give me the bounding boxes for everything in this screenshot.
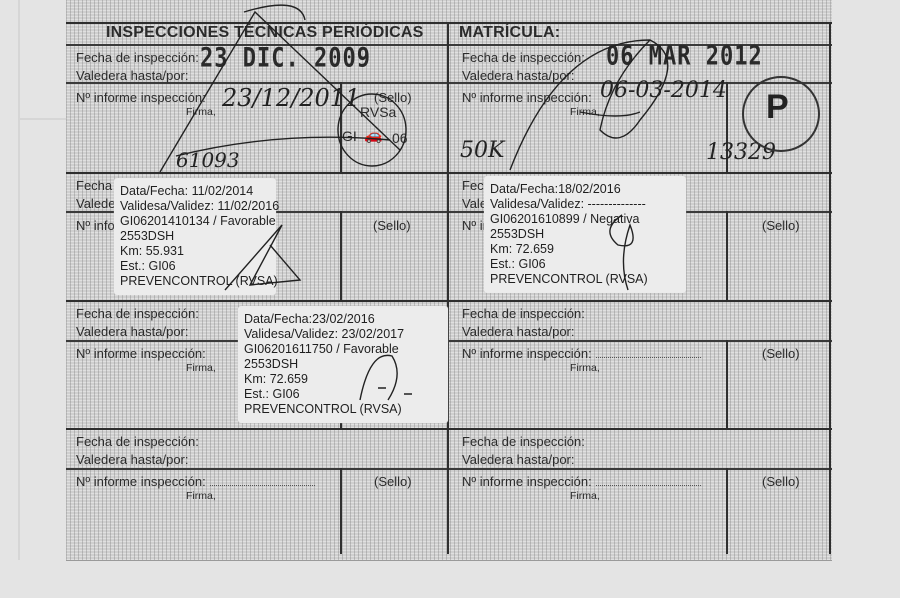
inspection-date-label: Fecha de inspección:: [76, 306, 199, 321]
sticker-date: Data/Fecha: 11/02/2014: [120, 184, 270, 199]
signature-label: Firma,: [186, 362, 216, 374]
itv-logo-icon: P: [766, 88, 789, 127]
seal-divider: [340, 211, 342, 300]
sticker-company: PREVENCONTROL (RVSA): [490, 272, 680, 287]
dotted-field: [596, 357, 701, 358]
date-stamp: 23 DIC. 2009: [200, 44, 371, 74]
seal-text: 06: [392, 130, 408, 146]
seal-stamp: P: [742, 76, 820, 152]
seal-divider: [340, 468, 342, 554]
seal-divider: [726, 468, 728, 554]
report-number-text: Nº informe inspección:: [462, 346, 592, 361]
seal-label: (Sello): [762, 218, 800, 233]
sticker-station: Est.: GI06: [490, 257, 680, 272]
sticker-plate: 2553DSH: [490, 227, 680, 242]
report-number-label: Nº informe inspección:: [76, 90, 206, 105]
inspection-date-label: Fecha de inspección:: [462, 434, 585, 449]
sticker-date: Data/Fecha:23/02/2016: [244, 312, 442, 327]
registration-label: MATRÍCULA:: [459, 24, 560, 42]
inspection-sticker: Data/Fecha:23/02/2016 Validesa/Validez: …: [238, 306, 448, 423]
sticker-validity: Validesa/Validez: --------------: [490, 197, 680, 212]
handwritten-valid-date: 06-03-2014: [600, 78, 727, 103]
dotted-field: [596, 485, 701, 486]
grid-line: [66, 428, 832, 430]
seal-text: RVSa: [360, 104, 396, 120]
grid-line: [66, 468, 832, 470]
report-number-label: Nº informe inspección:: [462, 474, 701, 489]
signature-label: Firma,: [186, 106, 216, 118]
sticker-company: PREVENCONTROL (RVSA): [244, 402, 442, 417]
report-number-label: Nº informe inspección:: [76, 346, 206, 361]
report-number-label: Nº informe inspección:: [76, 474, 315, 489]
section-title: INSPECCIONES TÉCNICAS PERIÓDICAS: [106, 24, 424, 42]
inspection-date-label: Fecha de inspección:: [462, 306, 585, 321]
valid-until-label: Valedera hasta/por:: [76, 68, 189, 83]
grid-line: [66, 340, 832, 342]
handwritten-mileage: 50K: [460, 138, 504, 163]
seal-label: (Sello): [374, 474, 412, 489]
sticker-company: PREVENCONTROL (RVSA): [120, 274, 270, 289]
grid-line: [66, 300, 832, 302]
signature-label: Firma,: [186, 490, 216, 502]
inspection-sticker: Data/Fecha: 11/02/2014 Validesa/Validez:…: [114, 178, 276, 295]
report-number-label: Nº informe inspección:: [462, 346, 701, 361]
valid-until-label: Valedera hasta/por:: [76, 324, 189, 339]
grid-line: [66, 172, 832, 174]
right-border: [829, 22, 831, 554]
sticker-date: Data/Fecha:18/02/2016: [490, 182, 680, 197]
background-line: [20, 118, 66, 120]
seal-label: (Sello): [373, 218, 411, 233]
handwritten-number: 61093: [176, 148, 240, 172]
signature-label: Firma,: [570, 106, 600, 118]
valid-until-label: Valedera hasta/por:: [76, 452, 189, 467]
sticker-report: GI06201610899 / Negativa: [490, 212, 680, 227]
valid-until-label: Valedera hasta/por:: [462, 68, 575, 83]
sticker-validity: Validesa/Validez: 23/02/2017: [244, 327, 442, 342]
seal-label: (Sello): [374, 90, 412, 105]
seal-divider: [726, 340, 728, 428]
seal-label: (Sello): [762, 474, 800, 489]
sticker-km: Km: 55.931: [120, 244, 270, 259]
column-divider: [447, 22, 449, 554]
seal-text: GI: [342, 128, 357, 144]
signature-label: Firma,: [570, 490, 600, 502]
sticker-station: Est.: GI06: [120, 259, 270, 274]
dotted-field: [210, 485, 315, 486]
sticker-km: Km: 72.659: [490, 242, 680, 257]
seal-divider: [726, 211, 728, 300]
inspection-date-label: Fecha de inspección:: [76, 50, 199, 65]
inspection-date-label: Fecha de inspección:: [462, 50, 585, 65]
sticker-plate: 2553DSH: [244, 357, 442, 372]
seal-label: (Sello): [762, 346, 800, 361]
sticker-report: GI06201410134 / Favorable: [120, 214, 270, 229]
sticker-plate: 2553DSH: [120, 229, 270, 244]
inspection-sticker: Data/Fecha:18/02/2016 Validesa/Validez: …: [484, 176, 686, 293]
sticker-validity: Validesa/Validez: 11/02/2016: [120, 199, 270, 214]
car-icon: 🚗: [364, 126, 383, 144]
report-number-label: Nº informe inspección:: [462, 90, 592, 105]
date-stamp: 06 MAR 2012: [606, 42, 763, 72]
background-line: [18, 0, 20, 560]
report-number-text: Nº informe inspección:: [76, 474, 206, 489]
report-number-text: Nº informe inspección:: [462, 474, 592, 489]
valid-until-label: Valedera hasta/por:: [462, 324, 575, 339]
sticker-station: Est.: GI06: [244, 387, 442, 402]
sticker-km: Km: 72.659: [244, 372, 442, 387]
handwritten-valid-date: 23/12/2011: [222, 84, 360, 112]
signature-label: Firma,: [570, 362, 600, 374]
inspection-date-label: Fecha de inspección:: [76, 434, 199, 449]
valid-until-label: Valedera hasta/por:: [462, 452, 575, 467]
sticker-report: GI06201611750 / Favorable: [244, 342, 442, 357]
